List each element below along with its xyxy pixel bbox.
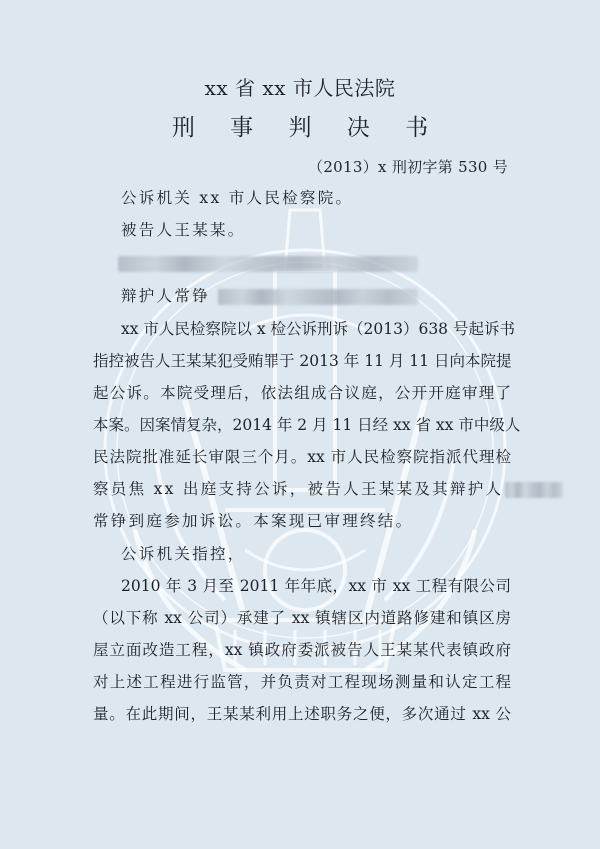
paragraph-line: 起公诉。本院受理后，依法组成合议庭，公开开庭审理了 bbox=[93, 381, 511, 405]
judgment-document: xx 省 xx 市人民法院 刑 事 判 决 书 （2013）x 刑初字第 530… bbox=[0, 0, 600, 849]
prosecutor-line: 公诉机关 xx 市人民检察院。 bbox=[121, 186, 511, 210]
redacted-block bbox=[118, 256, 418, 272]
redacted-defense-info bbox=[218, 289, 418, 305]
defendant-line: 被告人王某某。 bbox=[121, 218, 511, 242]
paragraph-text: 察员焦 xx 出庭支持公诉，被告人王某某及其辩护人 bbox=[93, 480, 503, 498]
defense-line: 辩护人常铮 bbox=[121, 284, 511, 308]
paragraph-line: 本案。因案情复杂，2014 年 2 月 11 日经 xx 省 xx 市中级人 bbox=[93, 413, 511, 437]
case-number: （2013）x 刑初字第 530 号 bbox=[308, 154, 508, 180]
paragraph-line: xx 市人民检察院以 x 检公诉刑诉（2013）638 号起诉书 bbox=[121, 317, 511, 341]
paragraph-line: 指控被告人王某某犯受贿罪于 2013 年 11 月 11 日向本院提 bbox=[93, 349, 511, 373]
court-name: xx 省 xx 市人民法院 bbox=[0, 74, 600, 102]
document-type-title: 刑 事 判 决 书 bbox=[0, 112, 600, 144]
paragraph-line: 2010 年 3 月至 2011 年年底，xx 市 xx 工程有限公司 bbox=[121, 574, 511, 598]
paragraph-line: 量。在此期间，王某某利用上述职务之便，多次通过 xx 公 bbox=[93, 702, 511, 726]
redacted-name bbox=[505, 482, 563, 498]
paragraph-line: 民法院批准延长审限三个月。xx 市人民检察院指派代理检 bbox=[93, 445, 511, 469]
accusation-heading: 公诉机关指控， bbox=[121, 542, 511, 566]
redacted-defendant-info bbox=[118, 251, 536, 275]
paragraph-line: 对上述工程进行监管，并负责对工程现场测量和认定工程 bbox=[93, 670, 511, 694]
paragraph-line: 常铮到庭参加诉讼。本案现已审理终结。 bbox=[93, 509, 511, 533]
paragraph-line: 屋立面改造工程，xx 镇政府委派被告人王某某代表镇政府 bbox=[93, 638, 511, 662]
paragraph-line: （以下称 xx 公司）承建了 xx 镇辖区内道路修建和镇区房 bbox=[93, 606, 511, 630]
defense-label: 辩护人常铮 bbox=[121, 287, 210, 305]
paragraph-line-with-redaction: 察员焦 xx 出庭支持公诉，被告人王某某及其辩护人 bbox=[93, 477, 511, 501]
